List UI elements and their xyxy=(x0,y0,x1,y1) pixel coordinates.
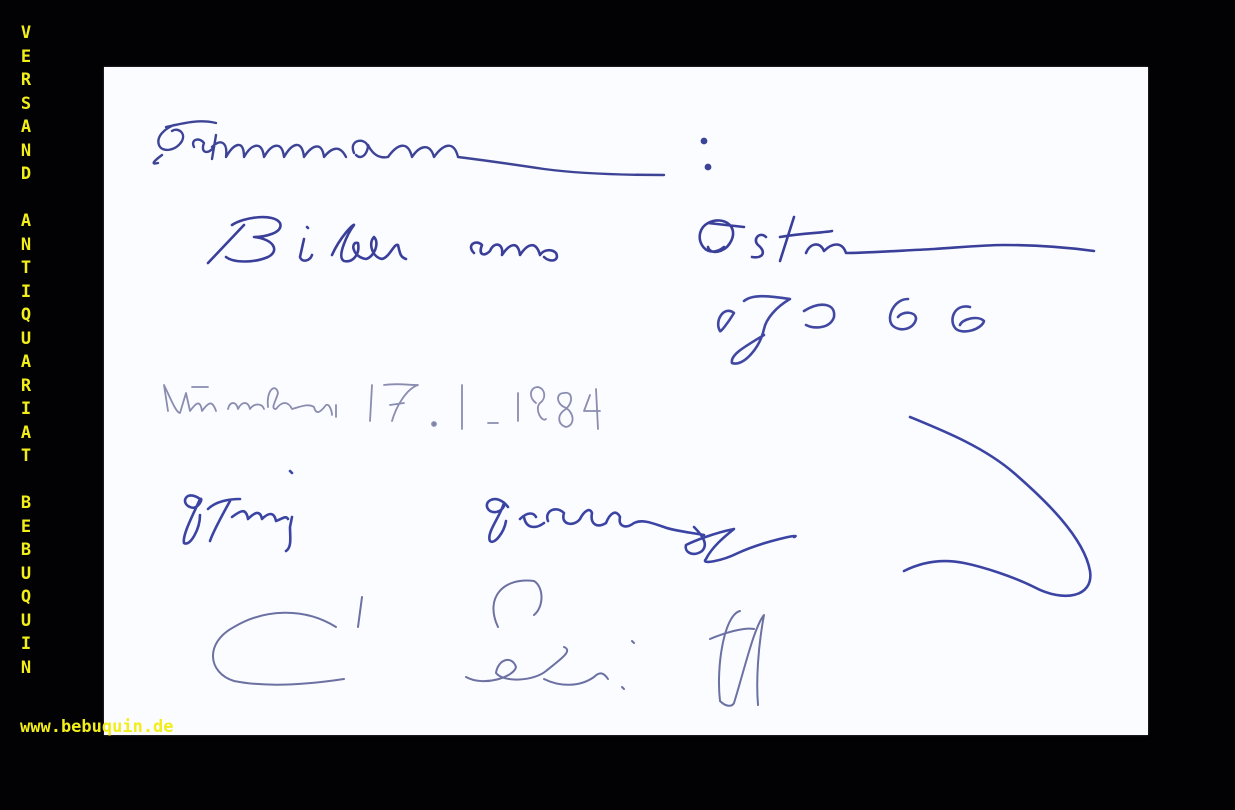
watermark-letter: D xyxy=(21,163,31,187)
watermark-letter: Q xyxy=(21,586,31,610)
watermark-letter: T xyxy=(21,445,31,469)
watermark-letter: A xyxy=(21,422,31,446)
watermark-letter: U xyxy=(21,563,31,587)
signature-2-label: A. Groethuysen / Schiff (signature) xyxy=(208,607,1091,665)
watermark-letter: R xyxy=(21,375,31,399)
handwriting-opus: op. 66 xyxy=(714,295,872,353)
vertical-watermark: VERSAND ANTIQUARIAT BEBUQUIN xyxy=(18,22,34,680)
watermark-letter: N xyxy=(21,234,31,258)
watermark-letter: I xyxy=(21,633,31,657)
watermark-letter: R xyxy=(21,69,31,93)
handwriting-composer: Schumann: xyxy=(156,117,430,173)
signature-1-label: Yaara Tal (signature) xyxy=(180,487,710,545)
watermark-letter: B xyxy=(21,492,31,516)
website-watermark: www.bebuquin.de xyxy=(20,717,174,737)
watermark-letter: A xyxy=(21,351,31,375)
watermark-letter: E xyxy=(21,46,31,70)
watermark-letter: T xyxy=(21,257,31,281)
watermark-letter: N xyxy=(21,657,31,681)
watermark-letter: I xyxy=(21,281,31,305)
watermark-letter: A xyxy=(21,116,31,140)
watermark-letter: B xyxy=(21,539,31,563)
handwriting-place-date: München, 17.1.1984 xyxy=(162,377,623,428)
watermark-letter: U xyxy=(21,610,31,634)
handwriting-title: Bilder aus Osten xyxy=(208,217,630,275)
watermark-letter: U xyxy=(21,328,31,352)
watermark-letter: N xyxy=(21,140,31,164)
watermark-letter: Q xyxy=(21,304,31,328)
autograph-card: Schumann: Bilder aus Osten op. 66 Münche… xyxy=(104,67,1148,735)
watermark-letter: E xyxy=(21,516,31,540)
watermark-letter: V xyxy=(21,22,31,46)
watermark-letter: A xyxy=(21,210,31,234)
watermark-letter: I xyxy=(21,398,31,422)
watermark-letter: S xyxy=(21,93,31,117)
